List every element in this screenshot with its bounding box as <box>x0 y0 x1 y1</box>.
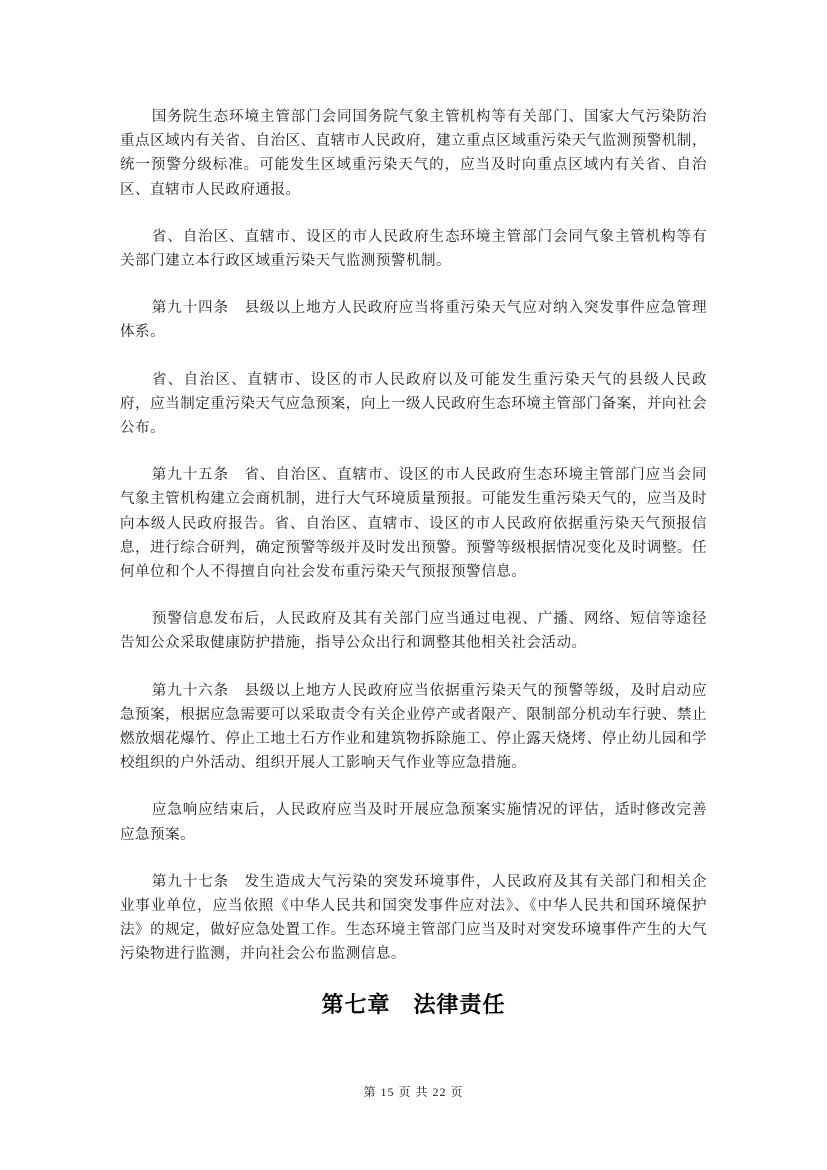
page-footer: 第 15 页 共 22 页 <box>0 1084 827 1100</box>
paragraph-article-97: 第九十七条 发生造成大气污染的突发环境事件，人民政府及其有关部门和相关企业事业单… <box>120 870 707 967</box>
page-number-label: 第 15 页 共 22 页 <box>363 1085 463 1099</box>
paragraph-regional-mechanism: 省、自治区、直辖市、设区的市人民政府生态环境主管部门会同气象主管机构等有关部门建… <box>120 225 707 273</box>
paragraph-monitoring-warning-mechanism: 国务院生态环境主管部门会同国务院气象主管机构等有关部门、国家大气污染防治重点区域… <box>120 105 707 202</box>
paragraph-article-96: 第九十六条 县级以上地方人民政府应当依据重污染天气的预警等级，及时启动应急预案，… <box>120 679 707 776</box>
paragraph-article-95: 第九十五条 省、自治区、直辖市、设区的市人民政府生态环境主管部门应当会同气象主管… <box>120 463 707 584</box>
paragraph-article-94: 第九十四条 县级以上地方人民政府应当将重污染天气应对纳入突发事件应急管理体系。 <box>120 296 707 344</box>
chapter-heading: 第七章 法律责任 <box>120 990 707 1020</box>
paragraph-warning-info-release: 预警信息发布后，人民政府及其有关部门应当通过电视、广播、网络、短信等途径告知公众… <box>120 607 707 655</box>
paragraph-emergency-plan-filing: 省、自治区、直辖市、设区的市人民政府以及可能发生重污染天气的县级人民政府，应当制… <box>120 368 707 441</box>
paragraph-emergency-response-evaluation: 应急响应结束后，人民政府应当及时开展应急预案实施情况的评估，适时修改完善应急预案… <box>120 798 707 846</box>
document-page: 国务院生态环境主管部门会同国务院气象主管机构等有关部门、国家大气污染防治重点区域… <box>0 0 827 1170</box>
